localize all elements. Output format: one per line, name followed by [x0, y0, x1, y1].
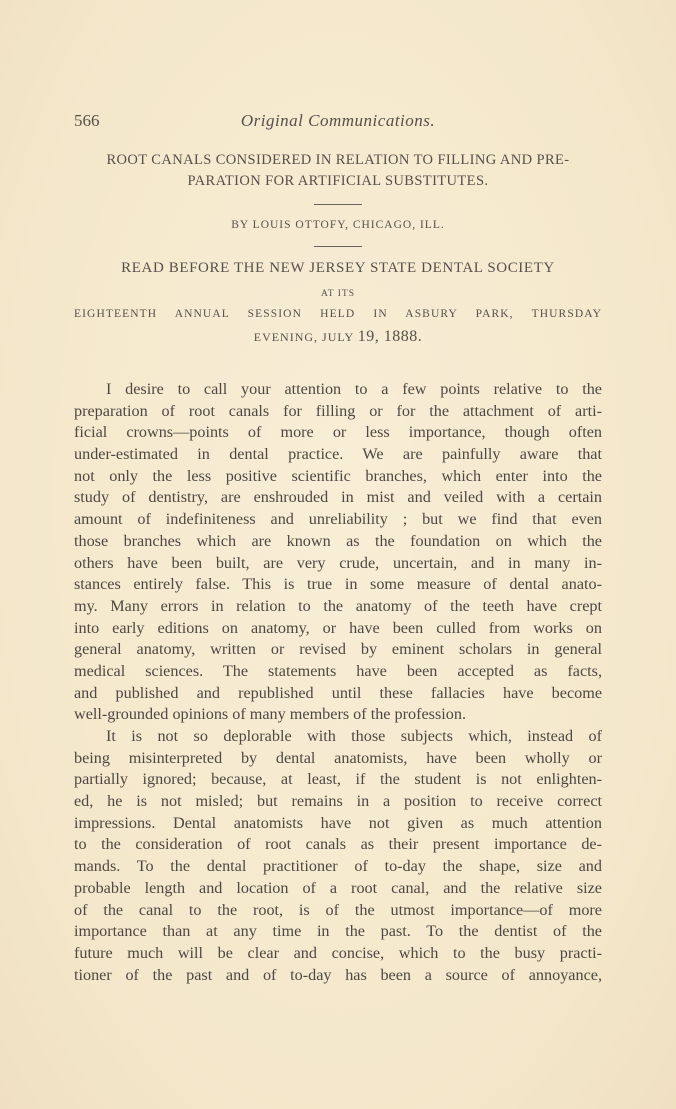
- text-line: tioner of the past and of to-day has bee…: [74, 965, 602, 987]
- text-line: general anatomy, written or revised by e…: [74, 639, 602, 661]
- text-line: ficial crowns—points of more or less imp…: [74, 422, 602, 444]
- paragraph-1: I desire to call your attention to a few…: [74, 379, 602, 726]
- running-head: 566 Original Communications.: [74, 111, 602, 133]
- at-its-line: AT ITS: [74, 289, 602, 299]
- read-before-line: READ BEFORE THE NEW JERSEY STATE DENTAL …: [74, 260, 602, 277]
- text-line: mands. To the dental practitioner of to-…: [74, 856, 602, 878]
- evening-prefix: EVENING, JULY: [254, 330, 358, 344]
- evening-date: 19, 1888.: [358, 328, 423, 345]
- article-title: ROOT CANALS CONSIDERED IN RELATION TO FI…: [74, 150, 602, 192]
- text-line: study of dentistry, are enshrouded in mi…: [74, 487, 602, 509]
- text-line: to the consideration of root canals as t…: [74, 834, 602, 856]
- text-line: amount of indefiniteness and unreliabili…: [74, 509, 602, 531]
- text-line: I desire to call your attention to a few…: [74, 379, 602, 401]
- text-line: not only the less positive scientific br…: [74, 466, 602, 488]
- paragraph-2: It is not so deplorable with those subje…: [74, 726, 602, 986]
- text-line: future much will be clear and concise, w…: [74, 943, 602, 965]
- article-body: I desire to call your attention to a few…: [74, 379, 602, 986]
- text-line: It is not so deplorable with those subje…: [74, 726, 602, 748]
- section-title: Original Communications.: [74, 111, 602, 131]
- divider-rule: [314, 204, 362, 205]
- text-line: those branches which are known as the fo…: [74, 531, 602, 553]
- byline: BY LOUIS OTTOFY, CHICAGO, ILL.: [74, 219, 602, 231]
- article-title-line: ROOT CANALS CONSIDERED IN RELATION TO FI…: [74, 150, 602, 171]
- text-line: of the canal to the root, is of the utmo…: [74, 900, 602, 922]
- text-line: importance than at any time in the past.…: [74, 921, 602, 943]
- text-line: ed, he is not misled; but remains in a p…: [74, 791, 602, 813]
- text-line: stances entirely false. This is true in …: [74, 574, 602, 596]
- text-line: medical sciences. The statements have be…: [74, 661, 602, 683]
- session-line: EIGHTEENTH ANNUAL SESSION HELD IN ASBURY…: [74, 308, 602, 320]
- text-line: partially ignored; because, at least, if…: [74, 769, 602, 791]
- text-line: under-estimated in dental practice. We a…: [74, 444, 602, 466]
- text-line: preparation of root canals for filling o…: [74, 401, 602, 423]
- evening-line: EVENING, JULY 19, 1888.: [74, 328, 602, 346]
- text-line: others have been built, are very crude, …: [74, 553, 602, 575]
- scanned-page: 566 Original Communications. ROOT CANALS…: [0, 0, 676, 1109]
- divider-rule: [314, 246, 362, 247]
- article-title-line: PARATION FOR ARTIFICIAL SUBSTITUTES.: [74, 171, 602, 192]
- text-line: probable length and location of a root c…: [74, 878, 602, 900]
- text-line: and published and republished until thes…: [74, 683, 602, 705]
- text-line: well-grounded opinions of many members o…: [74, 704, 602, 726]
- text-line: my. Many errors in relation to the anato…: [74, 596, 602, 618]
- text-line: being misinterpreted by dental anatomist…: [74, 748, 602, 770]
- text-line: into early editions on anatomy, or have …: [74, 618, 602, 640]
- text-line: impressions. Dental anatomists have not …: [74, 813, 602, 835]
